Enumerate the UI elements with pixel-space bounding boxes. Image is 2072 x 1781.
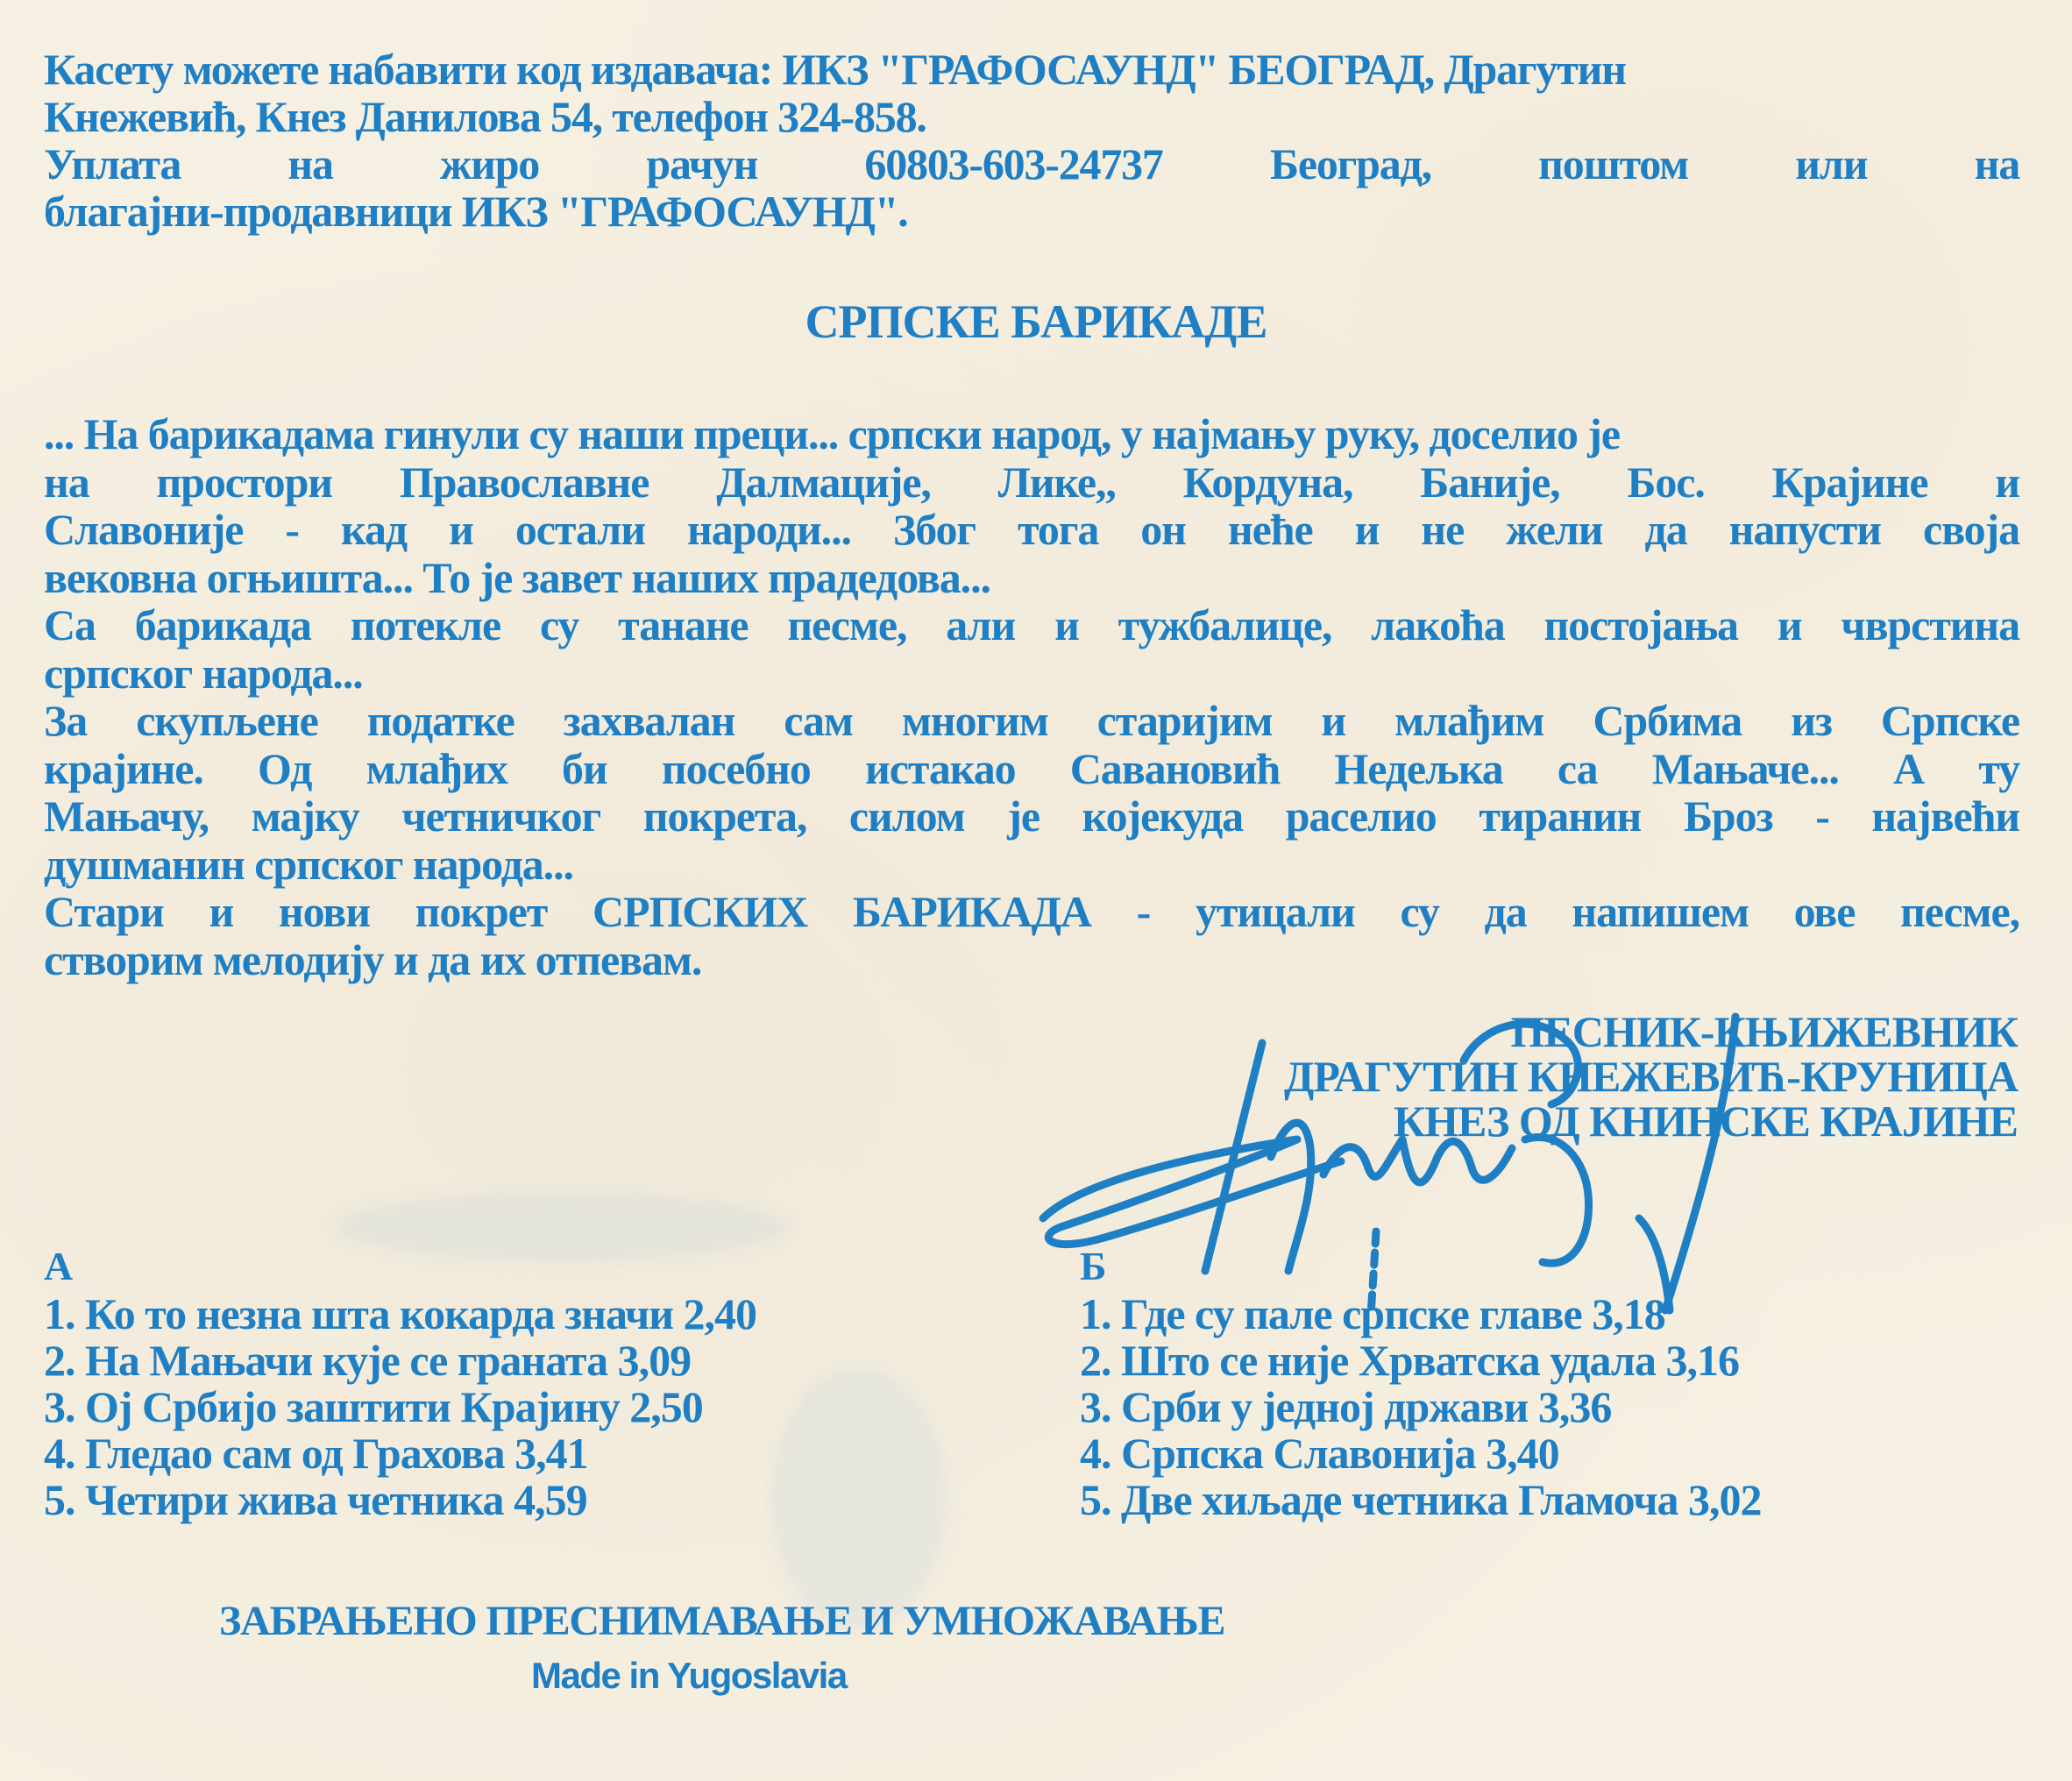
album-title: СРПСКЕ БАРИКАДЕ bbox=[0, 294, 2072, 349]
track-duration: 3,18 bbox=[1592, 1289, 1665, 1338]
track-duration: 3,41 bbox=[514, 1429, 588, 1478]
track-duration: 3,16 bbox=[1665, 1336, 1739, 1385]
track-item: 5. Две хиљаде четника Гламоча 3,02 bbox=[1080, 1477, 1762, 1523]
liner-notes-line: Славоније - кад и остали народи... Због … bbox=[44, 506, 2019, 554]
track-item: 2. На Мањачи кује се граната 3,09 bbox=[44, 1338, 756, 1384]
side-b-tracklist: Б 1. Где су пале српске главе 3,182. Што… bbox=[1080, 1243, 1762, 1523]
made-in-label: Made in Yugoslavia bbox=[531, 1655, 847, 1697]
side-b-label: Б bbox=[1080, 1243, 1762, 1289]
liner-notes-line: крајине. Од млађих би посебно истакао Са… bbox=[44, 745, 2019, 793]
liner-notes-line: Са барикада потекле су танане песме, али… bbox=[44, 601, 2019, 649]
track-duration: 2,40 bbox=[684, 1289, 757, 1338]
track-title: Ко то незна шта кокарда значи bbox=[85, 1289, 673, 1338]
track-duration: 4,59 bbox=[514, 1475, 587, 1524]
liner-notes-line: Стари и нови покрет СРПСКИХ БАРИКАДА - у… bbox=[44, 888, 2019, 936]
track-item: 5. Четири жива четника 4,59 bbox=[44, 1477, 756, 1523]
author-credit: ПЕСНИК-КЊИЖЕВНИК ДРАГУТИН КНЕЖЕВИЋ-КРУНИ… bbox=[1284, 1010, 2018, 1144]
track-title: Српска Славонија bbox=[1121, 1429, 1476, 1478]
track-item: 2. Што се није Хрватска удала 3,16 bbox=[1080, 1338, 1762, 1384]
publisher-address-line: Кнежевић, Кнез Данилова 54, телефон 324-… bbox=[44, 93, 2019, 140]
track-duration: 3,02 bbox=[1688, 1475, 1762, 1524]
track-number: 4. bbox=[1080, 1429, 1111, 1478]
publisher-line: Касету можете набавити код издавача: ИКЗ… bbox=[44, 46, 2019, 93]
side-a-label: А bbox=[44, 1243, 756, 1289]
track-number: 2. bbox=[1080, 1336, 1111, 1385]
track-item: 1. Где су пале српске главе 3,18 bbox=[1080, 1291, 1762, 1338]
author-title: КНЕЗ ОД КНИНСКЕ КРАЈИНЕ bbox=[1284, 1099, 2018, 1144]
track-title: На Мањачи кује се граната bbox=[85, 1336, 607, 1385]
track-duration: 3,40 bbox=[1486, 1429, 1559, 1478]
track-title: Где су пале српске главе bbox=[1121, 1289, 1582, 1338]
track-number: 1. bbox=[44, 1289, 75, 1338]
track-number: 4. bbox=[44, 1429, 75, 1478]
track-number: 5. bbox=[44, 1475, 75, 1524]
liner-notes-line: створим мелодију и да их отпевам. bbox=[44, 936, 2019, 984]
side-a-tracklist: А 1. Ко то незна шта кокарда значи 2,402… bbox=[44, 1243, 756, 1523]
liner-notes-line: српског народа... bbox=[44, 649, 2019, 698]
liner-notes: ... На барикадама гинули су наши преци..… bbox=[44, 410, 2019, 983]
liner-notes-line: За скупљене податке захвалан сам многим … bbox=[44, 697, 2019, 745]
copy-warning-text: ЗАБРАЊЕНО ПРЕСНИМАВАЊЕ И УМНОЖАВАЊЕ bbox=[219, 1597, 1224, 1645]
liner-notes-line: вековна огњишта... То је завет наших пра… bbox=[44, 554, 2019, 602]
track-duration: 3,09 bbox=[618, 1336, 692, 1385]
track-number: 3. bbox=[44, 1382, 75, 1431]
track-item: 3. Срби у једној држави 3,36 bbox=[1080, 1384, 1762, 1430]
payment-line: Уплата на жиро рачун 60803-603-24737 Бео… bbox=[44, 140, 2019, 188]
track-duration: 3,36 bbox=[1538, 1382, 1612, 1431]
track-title: Гледао сам од Грахова bbox=[85, 1429, 505, 1478]
author-profession: ПЕСНИК-КЊИЖЕВНИК bbox=[1284, 1010, 2018, 1054]
payment-location-line: благајни-продавници ИКЗ "ГРАФОСАУНД". bbox=[44, 188, 2019, 235]
track-number: 1. bbox=[1080, 1289, 1111, 1338]
liner-notes-line: душманин српског народа... bbox=[44, 841, 2019, 889]
liner-notes-line: на простори Православне Далмације, Лике,… bbox=[44, 458, 2019, 507]
track-item: 1. Ко то незна шта кокарда значи 2,40 bbox=[44, 1291, 756, 1338]
track-item: 3. Ој Србијо заштити Крајину 2,50 bbox=[44, 1384, 756, 1430]
track-item: 4. Српска Славонија 3,40 bbox=[1080, 1430, 1762, 1477]
paper-stain bbox=[771, 1367, 947, 1630]
publisher-info: Касету можете набавити код издавача: ИКЗ… bbox=[44, 46, 2019, 235]
track-title: Две хиљаде четника Гламоча bbox=[1121, 1475, 1678, 1524]
author-name: ДРАГУТИН КНЕЖЕВИЋ-КРУНИЦА bbox=[1284, 1054, 2018, 1099]
liner-notes-line: Мањачу, мајку четничког покрета, силом ј… bbox=[44, 792, 2019, 841]
track-title: Ој Србијо заштити Крајину bbox=[85, 1382, 620, 1431]
track-title: Срби у једној држави bbox=[1121, 1382, 1528, 1431]
track-number: 2. bbox=[44, 1336, 75, 1385]
liner-notes-line: ... На барикадама гинули су наши преци..… bbox=[44, 410, 2019, 458]
track-item: 4. Гледао сам од Грахова 3,41 bbox=[44, 1430, 756, 1477]
track-title: Четири жива четника bbox=[85, 1475, 504, 1524]
track-duration: 2,50 bbox=[629, 1382, 703, 1431]
track-number: 3. bbox=[1080, 1382, 1111, 1431]
track-title: Што се није Хрватска удала bbox=[1121, 1336, 1656, 1385]
track-number: 5. bbox=[1080, 1475, 1111, 1524]
